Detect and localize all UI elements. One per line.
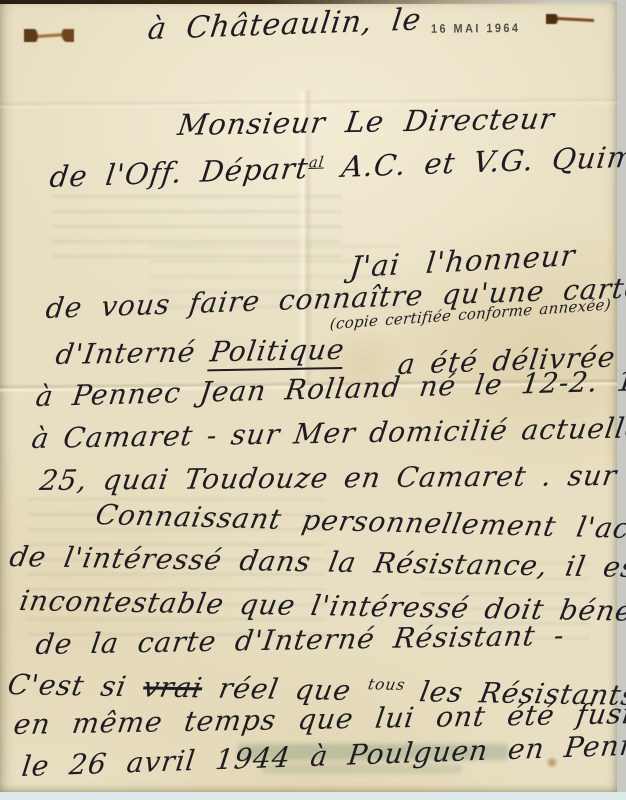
date-stamp: 16 MAI 1964 — [431, 22, 520, 36]
scan-edge-top — [0, 0, 575, 4]
scan-edge-bottom — [0, 792, 626, 800]
letter-body-line-3: d'Interné Politique — [54, 333, 347, 371]
rusty-staple-mark — [546, 14, 594, 24]
letter-body-line-6: 25, quai Toudouze en Camaret . sur Mer — [38, 458, 626, 497]
recipient-line-1: Monsieur Le Directeur — [176, 101, 557, 142]
body-line11-prefix: C'est si — [5, 668, 146, 703]
body-line11-inserted-word: tous — [367, 675, 407, 694]
body-line3-underlined-word: Politique — [208, 333, 347, 371]
body-line11-struck-word: vrai — [141, 670, 206, 704]
rusty-staple-mark — [24, 29, 74, 42]
body-line3-prefix: d'Interné — [54, 335, 213, 371]
